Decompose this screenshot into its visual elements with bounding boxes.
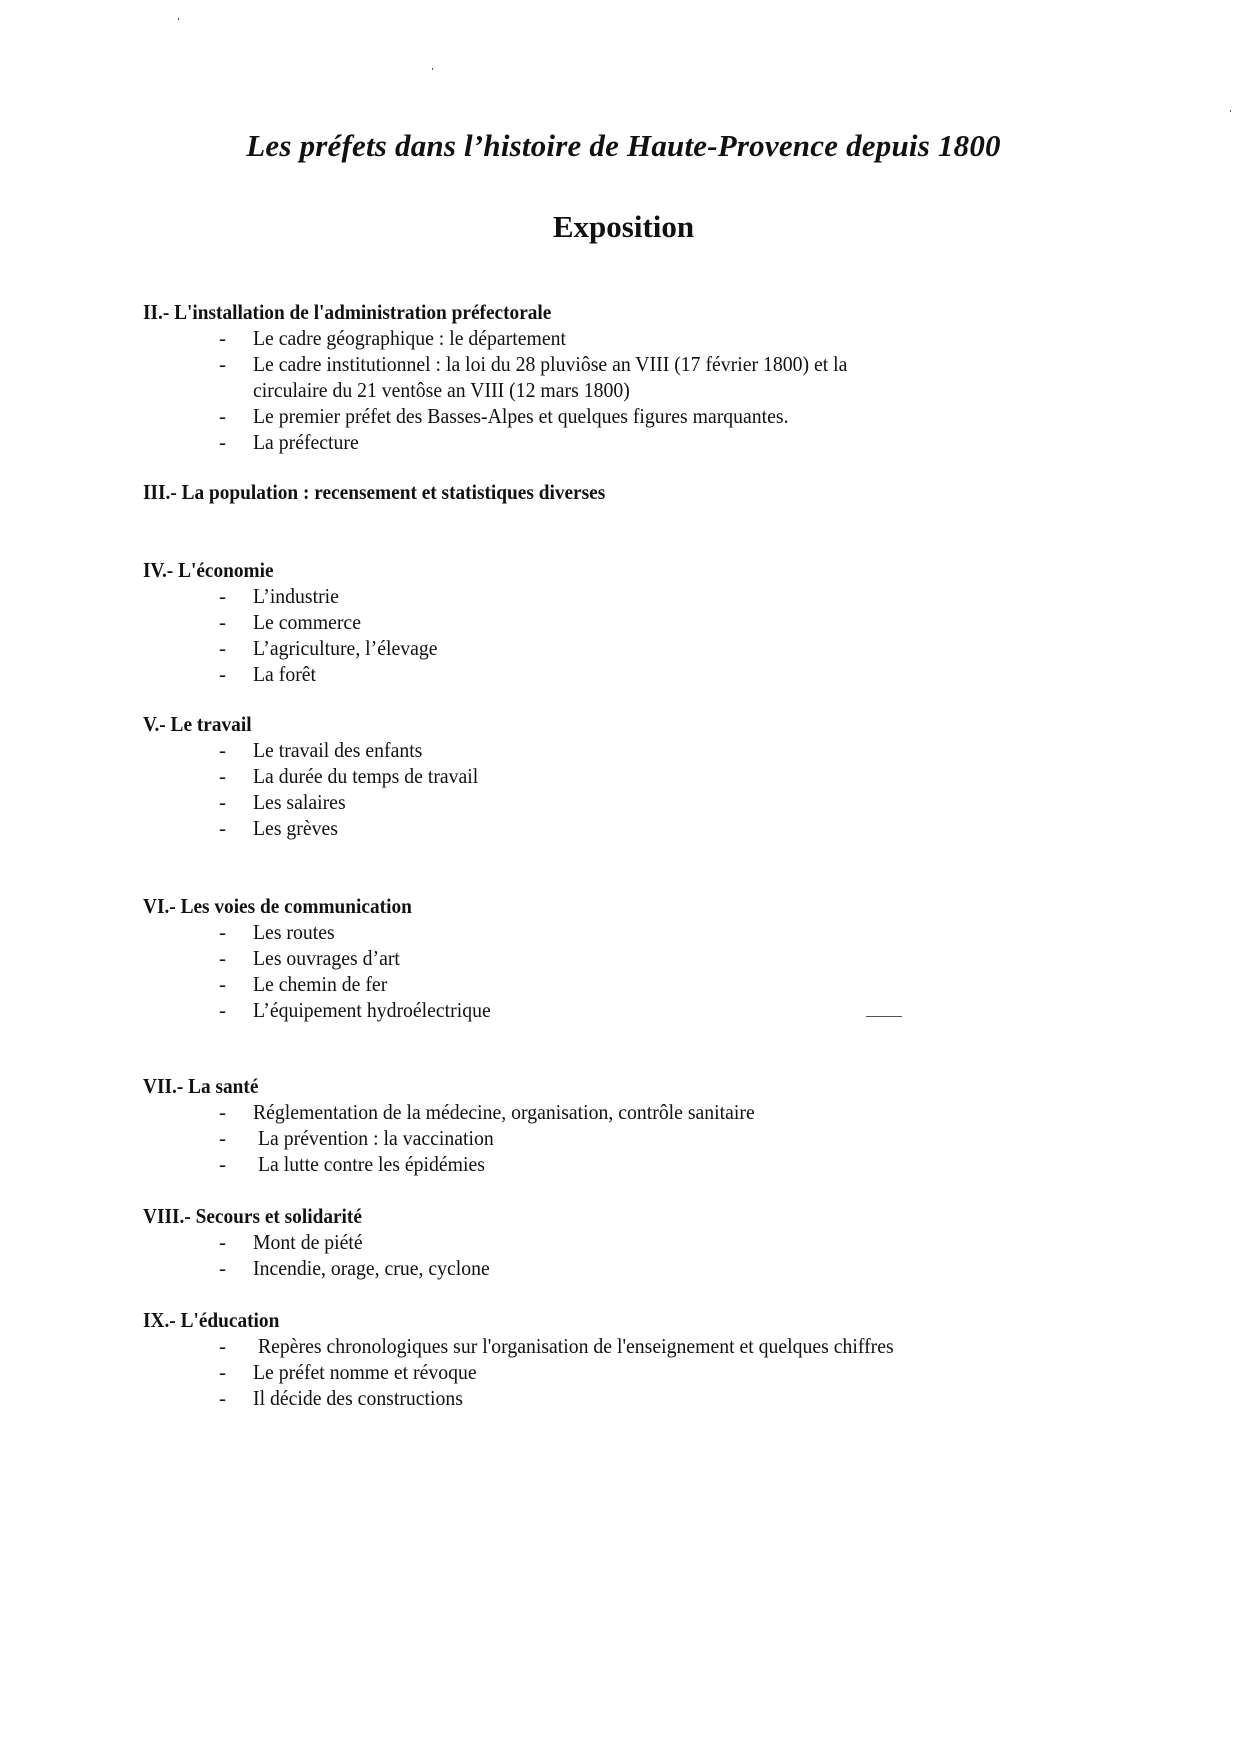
section-travail: V.- Le travail -Le travail des enfants -… [143, 711, 493, 841]
section-heading: VIII.- Secours et solidarité [143, 1203, 476, 1229]
dash-bullet-icon: - [219, 1333, 226, 1359]
dash-bullet-icon: - [219, 919, 226, 945]
list-item: -Le préfet nomme et révoque [143, 1359, 934, 1385]
scan-speck [1230, 110, 1231, 112]
list-item: -Le cadre institutionnel : la loi du 28 … [143, 351, 885, 403]
dash-bullet-icon: - [219, 945, 226, 971]
list-item: -Les salaires [143, 789, 493, 815]
dash-bullet-icon: - [219, 1125, 226, 1151]
section-list: -Les routes -Les ouvrages d’art -Le chem… [143, 919, 506, 1023]
scan-mark [866, 1016, 902, 1017]
section-heading: IV.- L'économie [143, 557, 425, 583]
list-item: -La forêt [143, 661, 449, 687]
section-list: -Mont de piété -Incendie, orage, crue, c… [143, 1229, 505, 1281]
section-heading: II.- L'installation de l'administration … [143, 299, 826, 325]
scan-speck [432, 68, 433, 70]
dash-bullet-icon: - [219, 789, 226, 815]
list-item: -Le premier préfet des Basses-Alpes et q… [143, 403, 885, 429]
dash-bullet-icon: - [219, 325, 226, 351]
section-heading: III.- La population : recensement et sta… [143, 479, 605, 505]
dash-bullet-icon: - [219, 403, 226, 429]
list-item-continuation: circulaire du 21 ventôse an VIII (12 mar… [253, 377, 847, 403]
list-item: -La lutte contre les épidémies [143, 1151, 787, 1177]
dash-bullet-icon: - [219, 997, 226, 1023]
section-list: -Le travail des enfants -La durée du tem… [143, 737, 493, 841]
section-list: -Le cadre géographique : le département … [143, 325, 885, 455]
dash-bullet-icon: - [219, 351, 226, 377]
dash-bullet-icon: - [219, 815, 226, 841]
section-list: -L’industrie -Le commerce -L’agriculture… [143, 583, 449, 687]
dash-bullet-icon: - [219, 429, 226, 455]
section-education: IX.- L'éducation -Repères chronologiques… [143, 1307, 934, 1411]
list-item: -Il décide des constructions [143, 1385, 934, 1411]
dash-bullet-icon: - [219, 763, 226, 789]
list-item: -L’industrie [143, 583, 449, 609]
dash-bullet-icon: - [219, 583, 226, 609]
section-voies-communication: VI.- Les voies de communication -Les rou… [143, 893, 506, 1023]
list-item: -Incendie, orage, crue, cyclone [143, 1255, 505, 1281]
list-item: -Repères chronologiques sur l'organisati… [143, 1333, 934, 1359]
list-item: -L’équipement hydroélectrique [143, 997, 506, 1023]
list-item: -La durée du temps de travail [143, 763, 493, 789]
dash-bullet-icon: - [219, 1151, 226, 1177]
dash-bullet-icon: - [219, 661, 226, 687]
scan-speck [178, 18, 179, 20]
list-item: -Les routes [143, 919, 506, 945]
list-item: -La préfecture [143, 429, 885, 455]
section-secours-solidarite: VIII.- Secours et solidarité -Mont de pi… [143, 1203, 505, 1281]
list-item: -Le travail des enfants [143, 737, 493, 763]
dash-bullet-icon: - [219, 1385, 226, 1411]
section-heading: VII.- La santé [143, 1073, 735, 1099]
list-item: -Les ouvrages d’art [143, 945, 506, 971]
section-sante: VII.- La santé -Réglementation de la méd… [143, 1073, 787, 1177]
list-item: -Les grèves [143, 815, 493, 841]
section-list: -Repères chronologiques sur l'organisati… [143, 1333, 934, 1411]
list-item: -Le commerce [143, 609, 449, 635]
list-item: -L’agriculture, l’élevage [143, 635, 449, 661]
section-installation: II.- L'installation de l'administration … [143, 299, 885, 455]
list-item: -La prévention : la vaccination [143, 1125, 787, 1151]
dash-bullet-icon: - [219, 1359, 226, 1385]
list-item: -Réglementation de la médecine, organisa… [143, 1099, 787, 1125]
dash-bullet-icon: - [219, 1099, 226, 1125]
dash-bullet-icon: - [219, 1229, 226, 1255]
list-item: -Le chemin de fer [143, 971, 506, 997]
section-list: -Réglementation de la médecine, organisa… [143, 1099, 787, 1177]
dash-bullet-icon: - [219, 609, 226, 635]
document-subtitle: Exposition [0, 209, 1247, 245]
section-heading: V.- Le travail [143, 711, 465, 737]
document-title: Les préfets dans l’histoire de Haute-Pro… [0, 128, 1247, 164]
section-heading: IX.- L'éducation [143, 1307, 871, 1333]
dash-bullet-icon: - [219, 971, 226, 997]
section-heading: VI.- Les voies de communication [143, 893, 477, 919]
list-item: -Le cadre géographique : le département [143, 325, 885, 351]
dash-bullet-icon: - [219, 635, 226, 661]
list-item: -Mont de piété [143, 1229, 505, 1255]
dash-bullet-icon: - [219, 737, 226, 763]
dash-bullet-icon: - [219, 1255, 226, 1281]
section-population: III.- La population : recensement et sta… [143, 479, 645, 505]
section-economie: IV.- L'économie -L’industrie -Le commerc… [143, 557, 449, 687]
